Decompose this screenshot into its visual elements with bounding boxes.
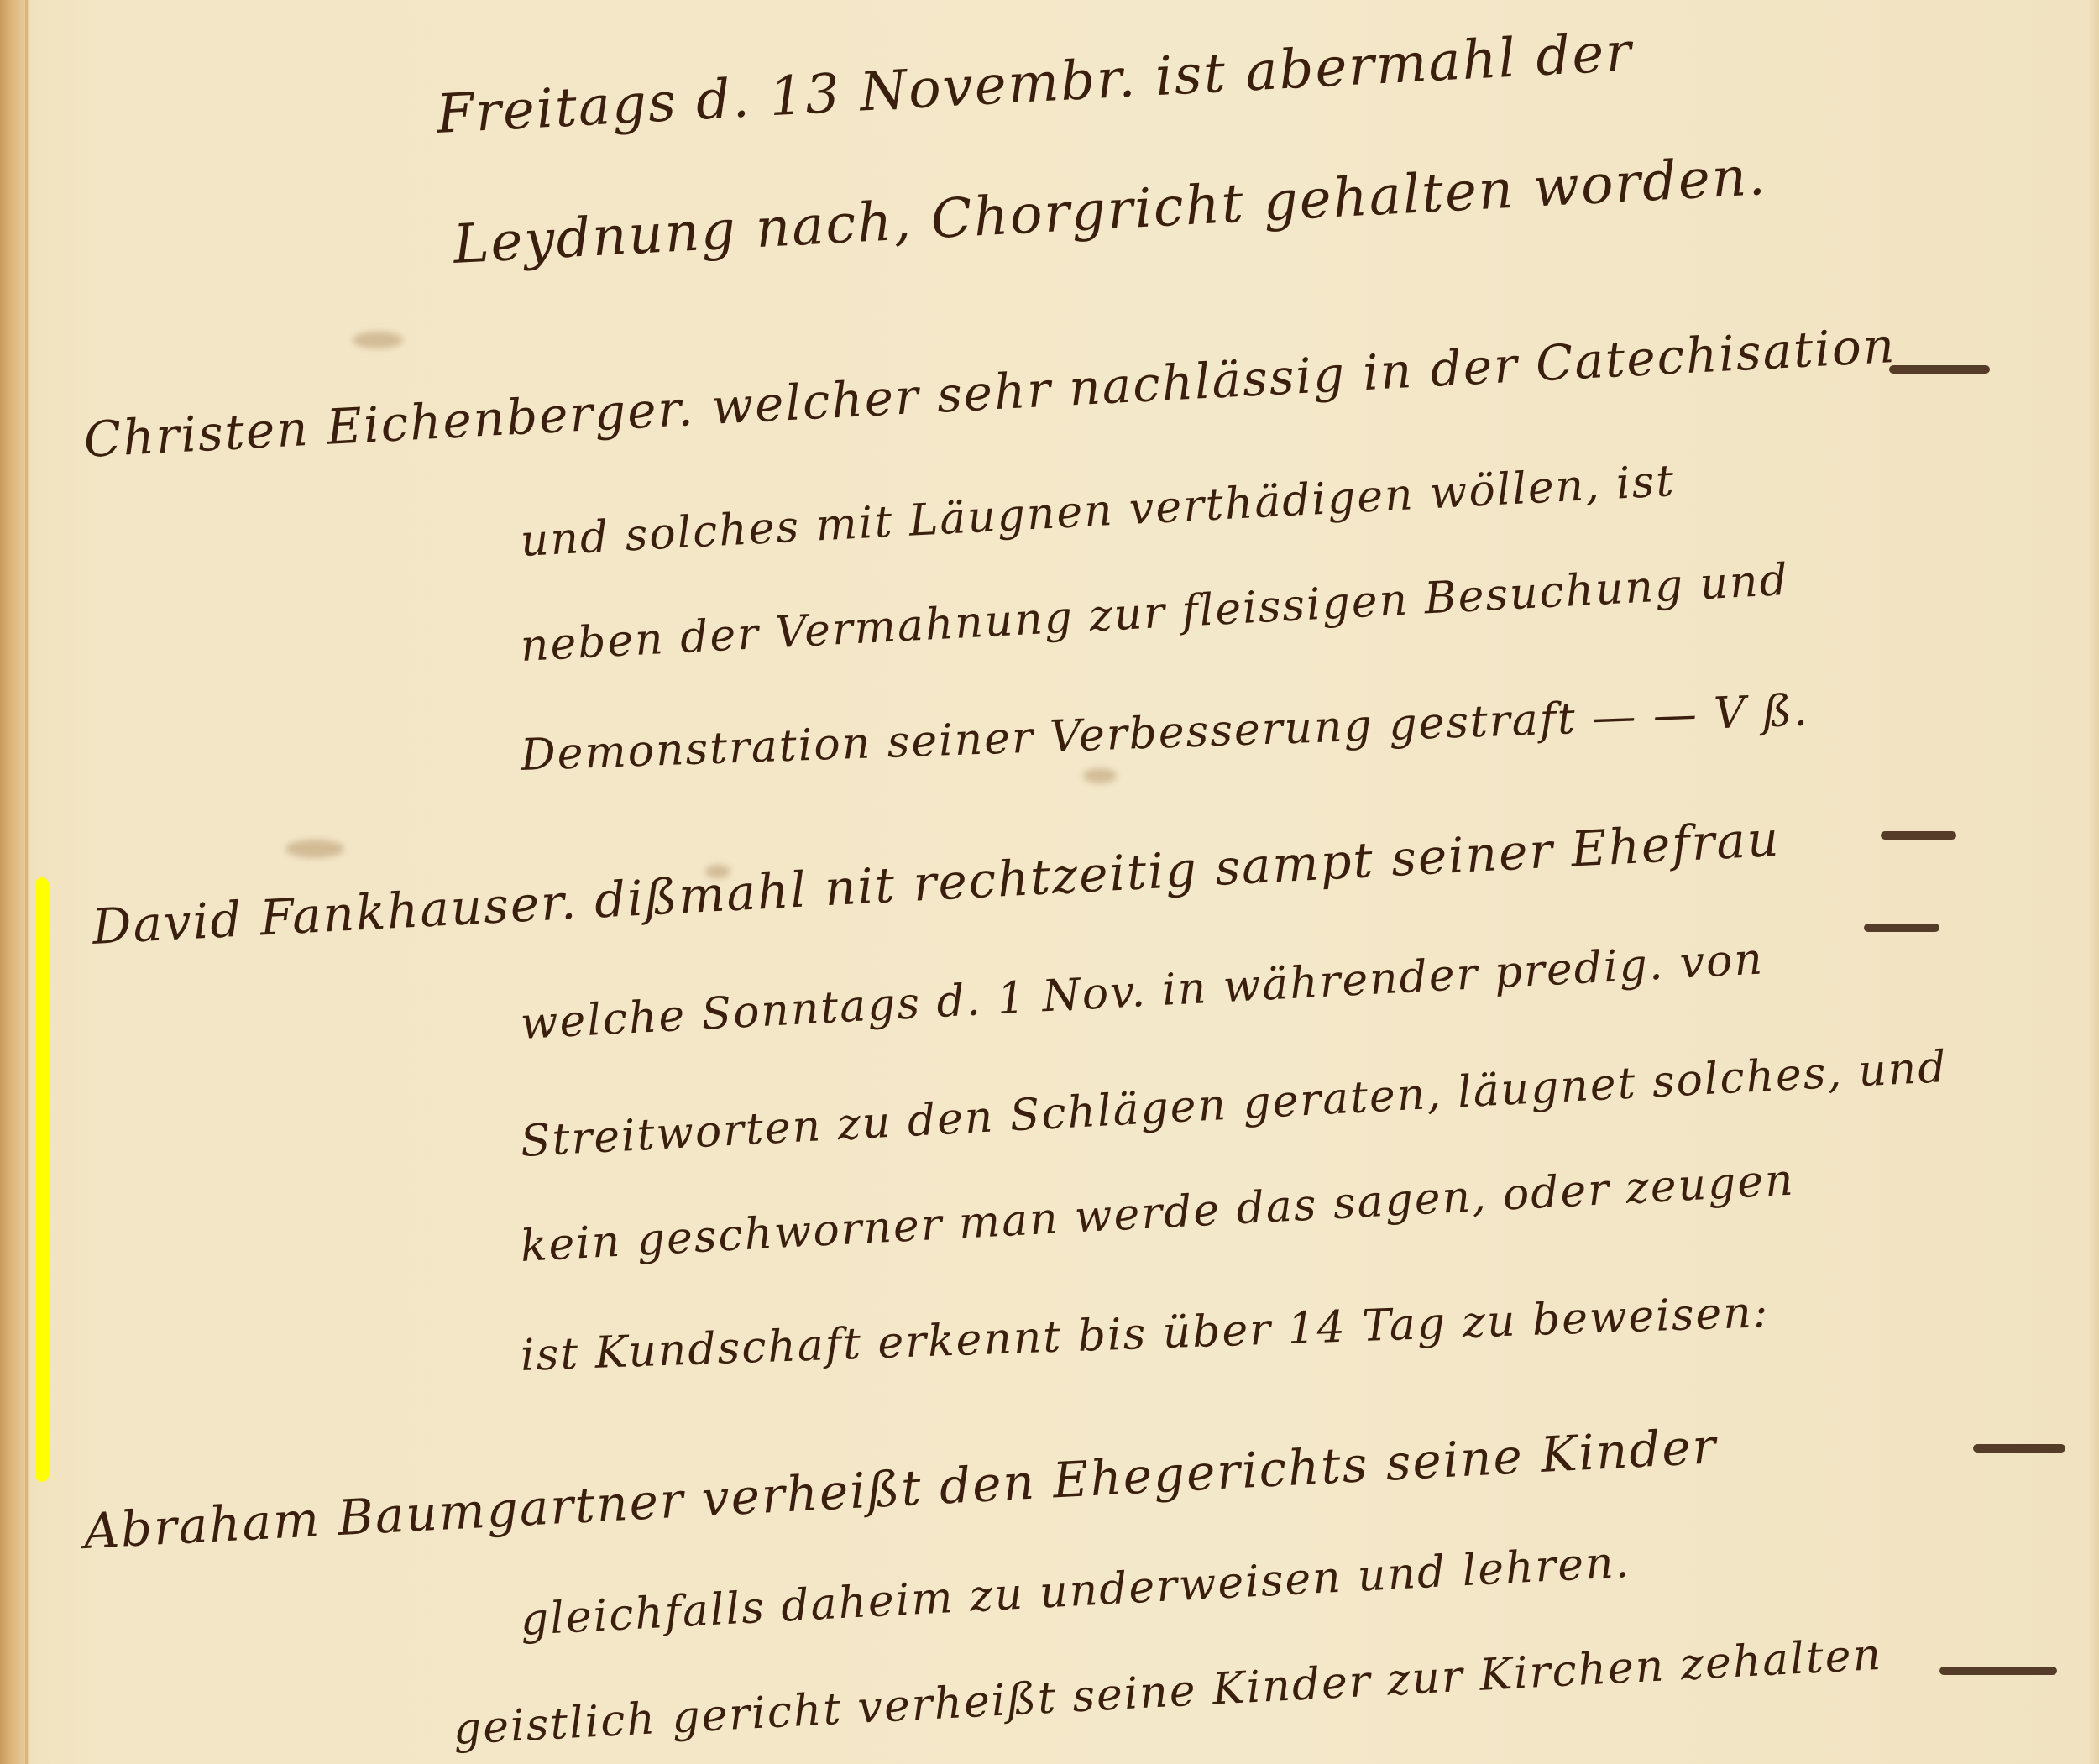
- entry-2-line-2: welche Sonntags d. 1 Nov. in währender p…: [519, 934, 1765, 1050]
- entry-2-line-1: David Fankhauser. dißmahl nit rechtzeiti…: [91, 810, 1782, 955]
- ink-stain: [1083, 768, 1117, 783]
- binding-edge: [0, 0, 29, 1764]
- entry-2-line-5: ist Kundschaft erkennt bis über 14 Tag z…: [520, 1287, 1770, 1381]
- entry-1-line-3: neben der Vermahnung zur fleissigen Besu…: [519, 555, 1790, 672]
- yellow-highlight-marker: [35, 877, 49, 1482]
- heading-line-2: Leydnung nach, Chorgricht gehalten worde…: [452, 145, 1768, 276]
- page-right-edge: [2089, 0, 2099, 1764]
- entry-3-line-2: gleichfalls daheim zu underweisen und le…: [519, 1537, 1631, 1646]
- entry-2-line-4: kein geschworner man werde das sagen, od…: [519, 1155, 1796, 1272]
- entry-2-line-3: Streitworten zu den Schlägen geraten, lä…: [519, 1042, 1949, 1167]
- line-end-flourish: [1864, 924, 1939, 932]
- entry-1-line-2: und solches mit Läugnen verthädigen wöll…: [519, 456, 1676, 567]
- line-end-flourish: [1881, 831, 1956, 840]
- line-end-flourish: [1973, 1444, 2065, 1453]
- entry-1-line-4: Demonstration seiner Verbesserung gestra…: [520, 685, 1810, 781]
- heading-line-1: Freitags d. 13 Novembr. ist abermahl der: [435, 21, 1634, 146]
- ink-stain: [353, 332, 403, 348]
- ink-stain: [285, 840, 344, 858]
- line-end-flourish: [1939, 1667, 2057, 1675]
- entry-3-line-1: Abraham Baumgartner verheißt den Ehegeri…: [82, 1417, 1719, 1560]
- entry-4-line-1: geistlich gericht verheißt seine Kinder …: [452, 1630, 1883, 1755]
- line-end-flourish: [1889, 365, 1990, 374]
- binding-fold-line: [25, 0, 28, 1764]
- manuscript-page: Freitags d. 13 Novembr. ist abermahl der…: [0, 0, 2099, 1764]
